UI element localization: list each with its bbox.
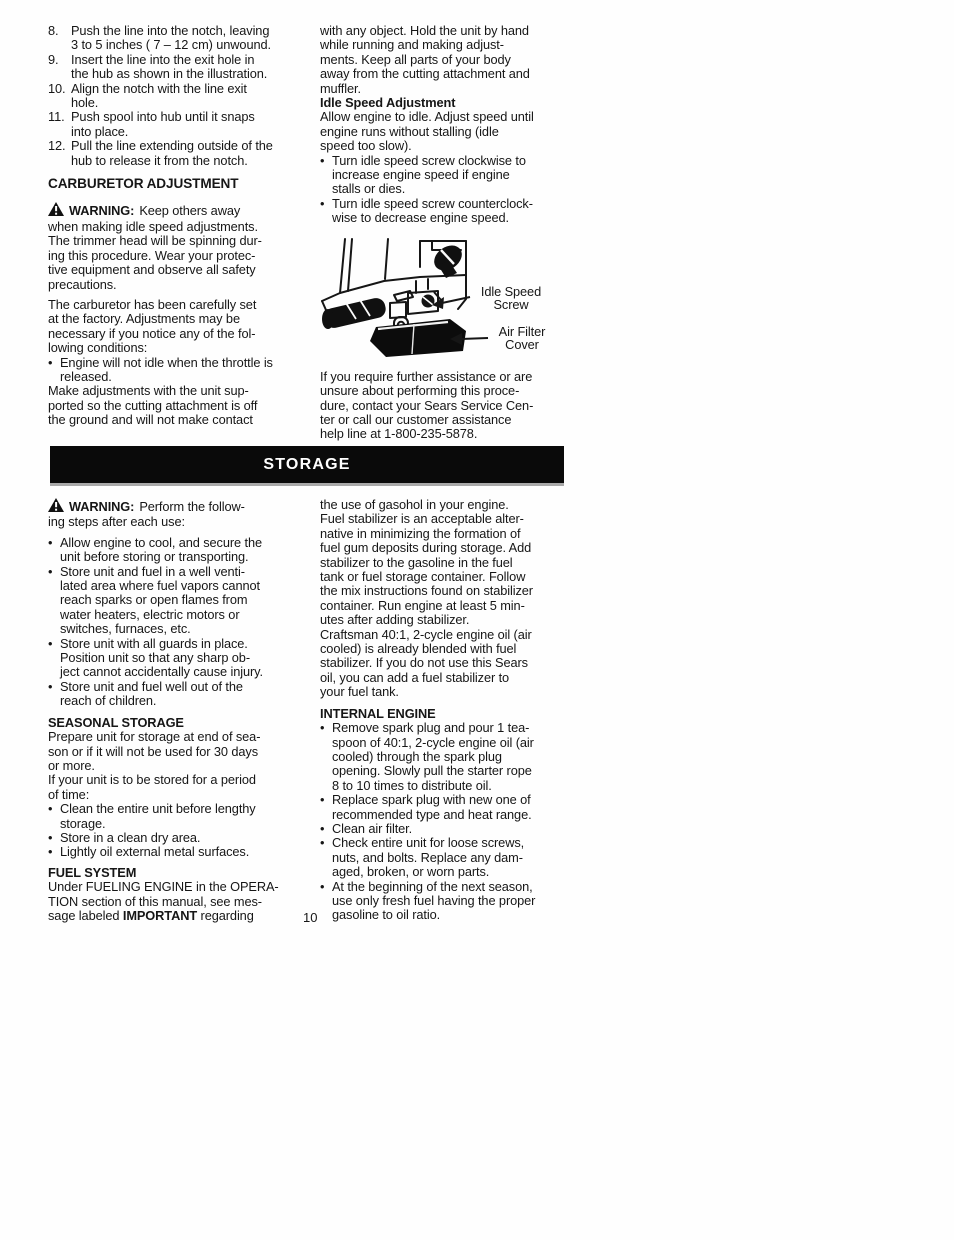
bullet-item: • Remove spark plug and pour 1 tea- spoo… [320,721,586,793]
warning-triangle-icon [48,498,64,515]
seasonal-paragraph-1: Prepare unit for storage at end of sea- … [48,730,314,773]
bullet-text: Store unit with all guards in place. Pos… [60,637,314,680]
bullet-marker: • [48,802,60,831]
seasonal-paragraph-2: If your unit is to be stored for a perio… [48,773,314,802]
bullet-marker: • [48,845,60,859]
carburetor-right-column: with any object. Hold the unit by hand w… [320,24,586,442]
carburetor-support-paragraph: Make adjustments with the unit sup- port… [48,384,314,427]
bullet-marker: • [48,637,60,680]
bullet-item: • Replace spark plug with new one of rec… [320,793,586,822]
idle-speed-paragraph: Allow engine to idle. Adjust speed until… [320,110,586,153]
bullet-item: • Store in a clean dry area. [48,831,314,845]
step-number: 9. [48,53,71,82]
bullet-marker: • [320,822,332,836]
bullet-marker: • [48,831,60,845]
bullet-item: • Turn idle speed screw clockwise to inc… [320,154,586,197]
step-text: Pull the line extending outside of the h… [71,139,273,168]
step-text: Align the notch with the line exit hole. [71,82,247,111]
bullet-marker: • [320,880,332,923]
fuel-system-important: IMPORTANT [123,908,197,923]
carburetor-left-column: 8. Push the line into the notch, leaving… [48,24,314,428]
bullet-marker: • [48,356,60,385]
bullet-text: Engine will not idle when the throttle i… [60,356,314,385]
fuel-system-text: regarding [201,908,254,923]
bullet-item: • Store unit with all guards in place. P… [48,637,314,680]
bullet-item: • Turn idle speed screw counterclock- wi… [320,197,586,226]
carburetor-factory-paragraph: The carburetor has been carefully set at… [48,298,314,356]
numbered-step: 12. Pull the line extending outside of t… [48,139,314,168]
hold-unit-paragraph: with any object. Hold the unit by hand w… [320,24,586,96]
bullet-text: Clean the entire unit before lengthy sto… [60,802,314,831]
step-number: 12. [48,139,71,168]
warning-label: WARNING: [69,203,134,218]
bullet-text: Remove spark plug and pour 1 tea- spoon … [332,721,586,793]
spark-plug-boot [429,240,466,278]
stabilizer-paragraph: the use of gasohol in your engine. Fuel … [320,498,586,700]
bullet-text: Check entire unit for loose screws, nuts… [332,836,586,879]
internal-engine-heading: INTERNAL ENGINE [320,707,586,721]
warning-note: WARNING:Keep others away when making idl… [48,202,314,291]
bullet-item: • Clean air filter. [320,822,586,836]
storage-banner: STORAGE [50,446,564,486]
bullet-text: Store in a clean dry area. [60,831,314,845]
bullet-marker: • [320,836,332,879]
idle-speed-adjustment-heading: Idle Speed Adjustment [320,96,586,110]
assistance-paragraph: If you require further assistance or are… [320,370,586,442]
warning-triangle-icon [48,202,64,219]
bullet-text: Clean air filter. [332,822,586,836]
storage-banner-label: STORAGE [263,456,350,474]
bullet-text: Turn idle speed screw clockwise to incre… [332,154,586,197]
bullet-marker: • [320,793,332,822]
numbered-step: 10. Align the notch with the line exit h… [48,82,314,111]
storage-right-column: the use of gasohol in your engine. Fuel … [320,498,586,923]
bullet-item: • Engine will not idle when the throttle… [48,356,314,385]
bullet-marker: • [320,197,332,226]
bullet-marker: • [48,536,60,565]
numbered-step: 8. Push the line into the notch, leaving… [48,24,314,53]
page-number: 10 [303,910,317,925]
bullet-text: Lightly oil external metal surfaces. [60,845,314,859]
bullet-text: Replace spark plug with new one of recom… [332,793,586,822]
bullet-item: • Store unit and fuel well out of the re… [48,680,314,709]
bullet-marker: • [320,721,332,793]
bullet-item: • Clean the entire unit before lengthy s… [48,802,314,831]
manual-page: 8. Push the line into the notch, leaving… [0,0,954,1240]
seasonal-storage-heading: SEASONAL STORAGE [48,716,314,730]
carburetor-adjustment-heading: CARBURETOR ADJUSTMENT [48,177,314,191]
step-number: 10. [48,82,71,111]
numbered-step: 11. Push spool into hub until it snaps i… [48,110,314,139]
fuel-system-heading: FUEL SYSTEM [48,866,314,880]
step-text: Push spool into hub until it snaps into … [71,110,255,139]
bullet-text: Allow engine to cool, and secure the uni… [60,536,314,565]
air-filter-cover [370,319,466,357]
numbered-step: 9. Insert the line into the exit hole in… [48,53,314,82]
warning-note: WARNING:Perform the follow- ing steps af… [48,498,314,530]
idle-speed-screw-label: Idle Speed Screw [472,285,550,312]
engine-figure: Idle Speed Screw Air Filter Cover [320,237,586,365]
fuel-system-paragraph: Under FUELING ENGINE in the OPERA- TION … [48,880,314,923]
bullet-marker: • [48,680,60,709]
bullet-item: • Store unit and fuel in a well venti- l… [48,565,314,637]
bullet-item: • Lightly oil external metal surfaces. [48,845,314,859]
step-number: 11. [48,110,71,139]
bullet-text: Turn idle speed screw counterclock- wise… [332,197,586,226]
bullet-text: Store unit and fuel well out of the reac… [60,680,314,709]
storage-left-column: WARNING:Perform the follow- ing steps af… [48,498,314,923]
step-text: Push the line into the notch, leaving 3 … [71,24,271,53]
bullet-item: • Check entire unit for loose screws, nu… [320,836,586,879]
air-filter-cover-label: Air Filter Cover [490,325,554,352]
bullet-text: Store unit and fuel in a well venti- lat… [60,565,314,637]
bullet-item: • At the beginning of the next season, u… [320,880,586,923]
step-text: Insert the line into the exit hole in th… [71,53,267,82]
bullet-text: At the beginning of the next season, use… [332,880,586,923]
bullet-item: • Allow engine to cool, and secure the u… [48,536,314,565]
bullet-marker: • [48,565,60,637]
step-number: 8. [48,24,71,53]
bullet-marker: • [320,154,332,197]
warning-label: WARNING: [69,499,134,514]
muffler [322,296,387,329]
